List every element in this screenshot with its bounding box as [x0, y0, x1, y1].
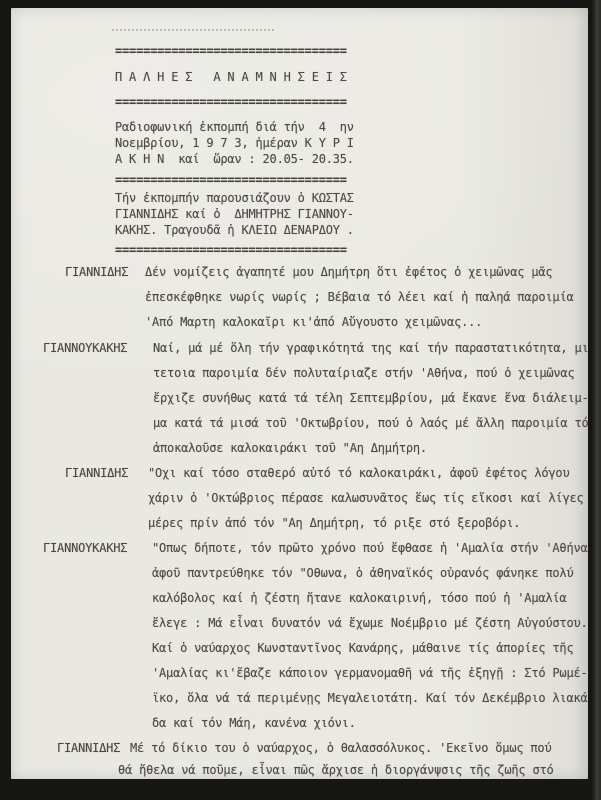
script-line: 'Αμαλίας κι'ἔβαζε κάποιον γερμανομαθῆ νά… [152, 666, 588, 680]
script-line: θά ἤθελα νά ποῦμε, εἶναι πῶς ἄρχισε ἡ δι… [118, 763, 554, 777]
script-line: Ναί, μά μέ ὅλη τήν γραφικότητά της καί τ… [153, 341, 589, 355]
broadcast-info-line: Α Κ Η Ν καί ὥραν : 20.05- 20.35. [115, 152, 354, 166]
script-line: Δέν νομίζεις ἀγαπητέ μου Δημήτρη ὅτι ἐφέ… [145, 265, 552, 279]
presenters-line: ΓΙΑΝΝΙΔΗΣ καί ὁ ΔΗΜΗΤΡΗΣ ΓΙΑΝΝΟΥ- [115, 207, 354, 221]
script-line: ἐπεσκέφθηκε νωρίς νωρίς ; Βέβαια τό λέει… [145, 290, 574, 304]
divider-rule-2: ================================= [115, 95, 347, 109]
script-line: χάριν ὁ 'Οκτώβριος πέρασε καλωσυνᾶτος ἕω… [148, 491, 584, 505]
script-line: "Οπως δήποτε, τόν πρῶτο χρόνο πού ἔφθασε… [152, 541, 588, 555]
speaker-label: ΓΙΑΝΝΟΥΚΑΚΗΣ [43, 541, 127, 555]
script-line: ϊκο, ὅλα νά τά περιμένῃς Μεγαλειοτάτη. Κ… [152, 691, 588, 705]
speaker-label: ΓΙΑΝΝΙΔΗΣ [65, 466, 128, 480]
script-line: ἔλεγε : Μά εἶναι δυνατόν νά ἔχωμε Νοέμβρ… [152, 616, 588, 630]
presenters-line: Τήν ἐκπομπήν παρουσιάζουν ὁ ΚΩΣΤΑΣ [115, 191, 354, 205]
script-line: ἀφοῦ παντρεύθηκε τόν "Οθωνα, ὁ ἀθηναϊκός… [152, 566, 573, 580]
presenters-line: ΚΑΚΗΣ. Τραγουδᾶ ἡ ΚΛΕΙΩ ΔΕΝΑΡΔΟΥ . [115, 223, 354, 237]
speaker-label: ΓΙΑΝΝΙΔΗΣ [65, 265, 128, 279]
divider-rule-4: ================================= [115, 243, 347, 257]
script-line: τετοια παροιμία δέν πολυταίριαζε στήν 'Α… [153, 366, 574, 380]
script-line: ἔρχιζε συνήθως κατά τά τέλη Σεπτεμβρίου,… [153, 391, 589, 405]
speaker-label: ΓΙΑΝΝΙΔΗΣ [57, 741, 120, 755]
script-line: 'Από Μαρτη καλοκαῖρι κι'ἀπό Αὔγουστο χει… [145, 315, 482, 329]
script-line: ἀποκαλοῦσε καλοκαιράκι τοῦ "Αη Δημήτρη. [153, 441, 427, 455]
script-line: Μέ τό δίκιο του ὁ ναύαρχος, ὁ θαλασσόλυκ… [130, 741, 551, 755]
broadcast-info-line: Νοεμβρίου, 1 9 7 3, ἡμέραν Κ Υ Ρ Ι [115, 136, 354, 150]
script-line: Καί ὁ ναύαρχος Κωνσταντῖνος Κανάρης, μάθ… [152, 641, 573, 655]
page-title: Π Α Λ Η Ε Σ Α Ν Α Μ Ν Η Σ Ε Ι Σ [115, 70, 347, 84]
script-line: καλόβολος καί ἡ ζέστη ἤτανε καλοκαιρινή,… [152, 591, 566, 605]
script-line: μα κατά τά μισά τοῦ 'Οκτωβρίου, πού ὁ λα… [153, 416, 589, 430]
script-line: δα καί τόν Μάη, κανένα χιόνι. [152, 716, 356, 730]
crease-mark [112, 29, 274, 31]
divider-rule-3: ================================= [115, 173, 347, 187]
script-line: "Οχι καί τόσο σταθερό αὐτό τό καλοκαιράκ… [148, 466, 569, 480]
speaker-label: ΓΙΑΝΝΟΥΚΑΚΗΣ [43, 341, 127, 355]
scanned-document-page: ================================= Π Α Λ … [0, 0, 601, 800]
broadcast-info-line: Ραδιοφωνική ἐκπομπή διά τήν 4 ην [115, 120, 354, 134]
script-line: μέρες πρίν ἀπό τόν "Αη Δημήτρη, τό ριξε … [148, 516, 520, 530]
divider-rule-1: ================================= [115, 44, 347, 58]
